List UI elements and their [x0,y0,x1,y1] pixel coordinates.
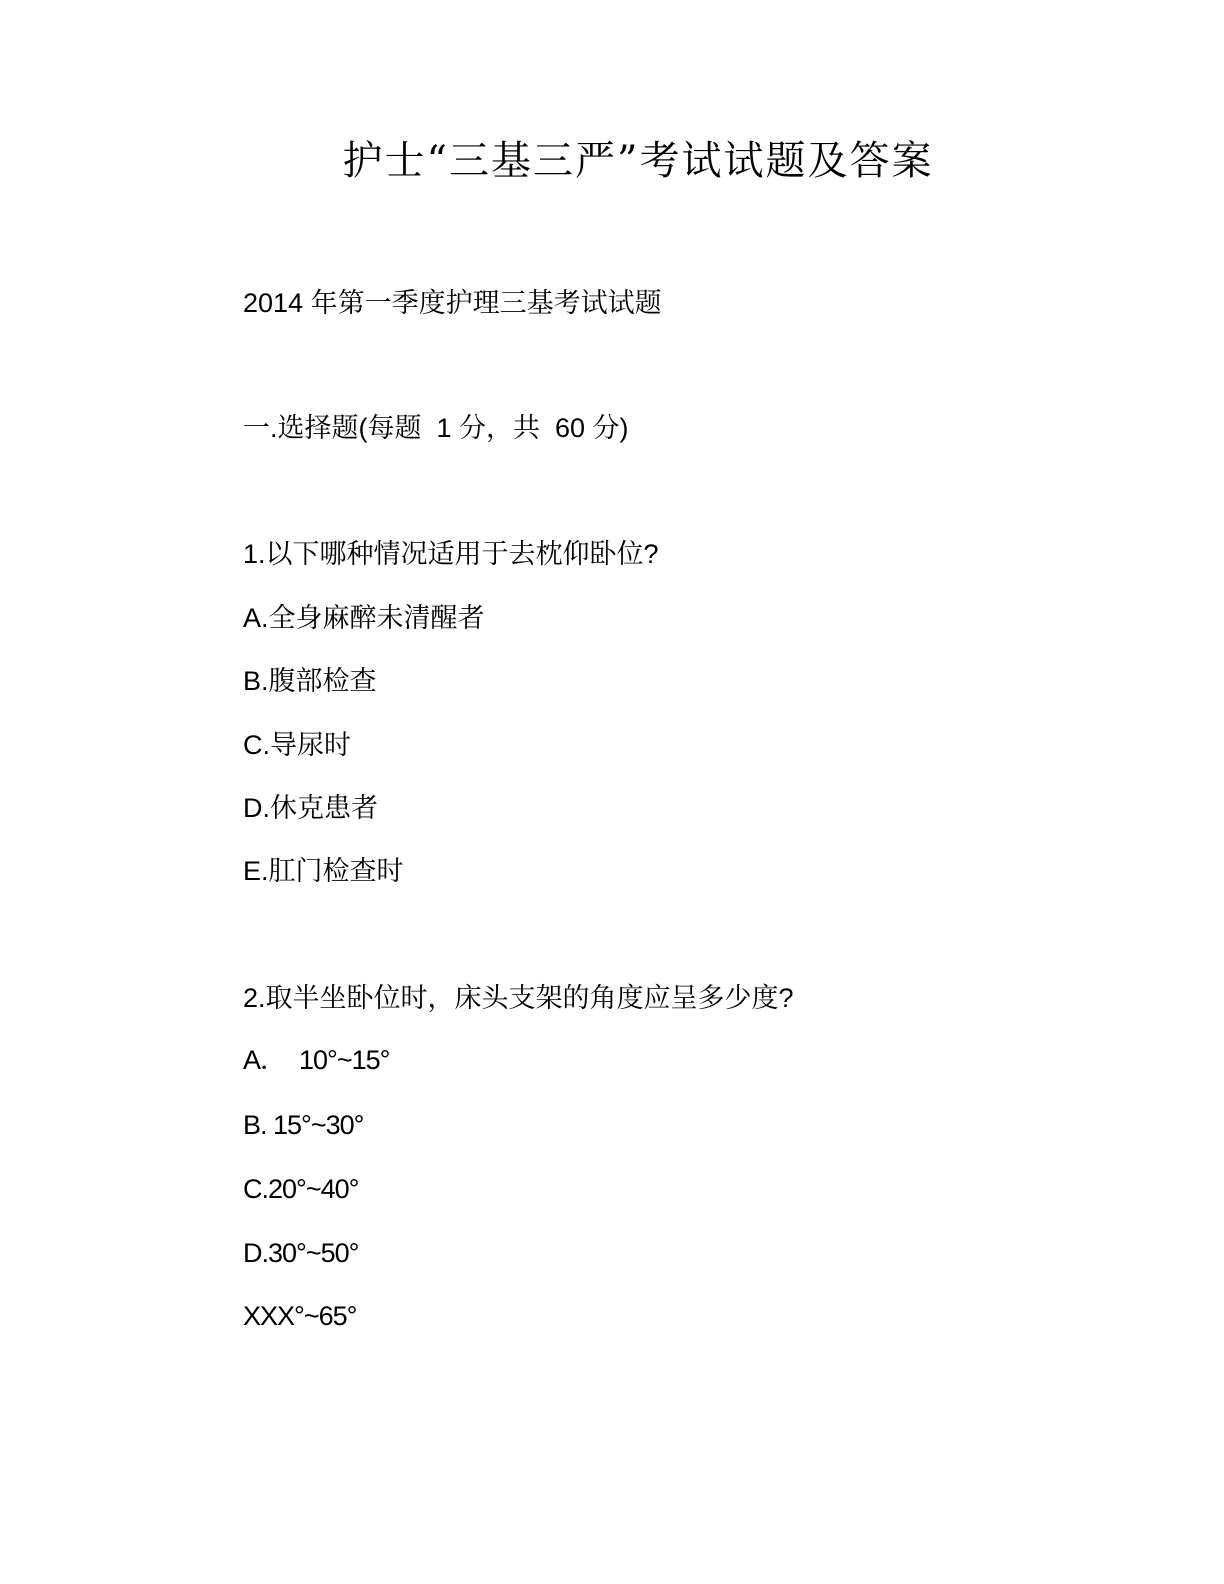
option-a: A.全身麻醉未清醒者 [243,600,485,636]
question-stem: 2.取半坐卧位时，床头支架的角度应呈多少度? [243,980,794,1016]
option-b: B. 15°~30° [243,1107,363,1143]
option-c: C.导尿时 [243,727,351,763]
option-e: E.肛门检查时 [243,853,404,889]
question-stem: 1.以下哪种情况适用于去枕仰卧位? [243,536,659,572]
page-title: 护士“三基三严”考试试题及答案 [0,134,1224,188]
option-d: D.30°~50° [243,1235,358,1271]
exam-subtitle: 2014 年第一季度护理三基考试试题 [243,285,662,321]
option-b: B.腹部检查 [243,663,377,699]
option-a: A． 10°~15° [243,1042,389,1078]
section-heading: 一.选择题(每题 1 分，共 60 分) [243,410,629,446]
option-d: D.休克患者 [243,790,378,826]
option-c: C.20°~40° [243,1171,358,1207]
option-e: XXX°~65° [243,1298,356,1334]
